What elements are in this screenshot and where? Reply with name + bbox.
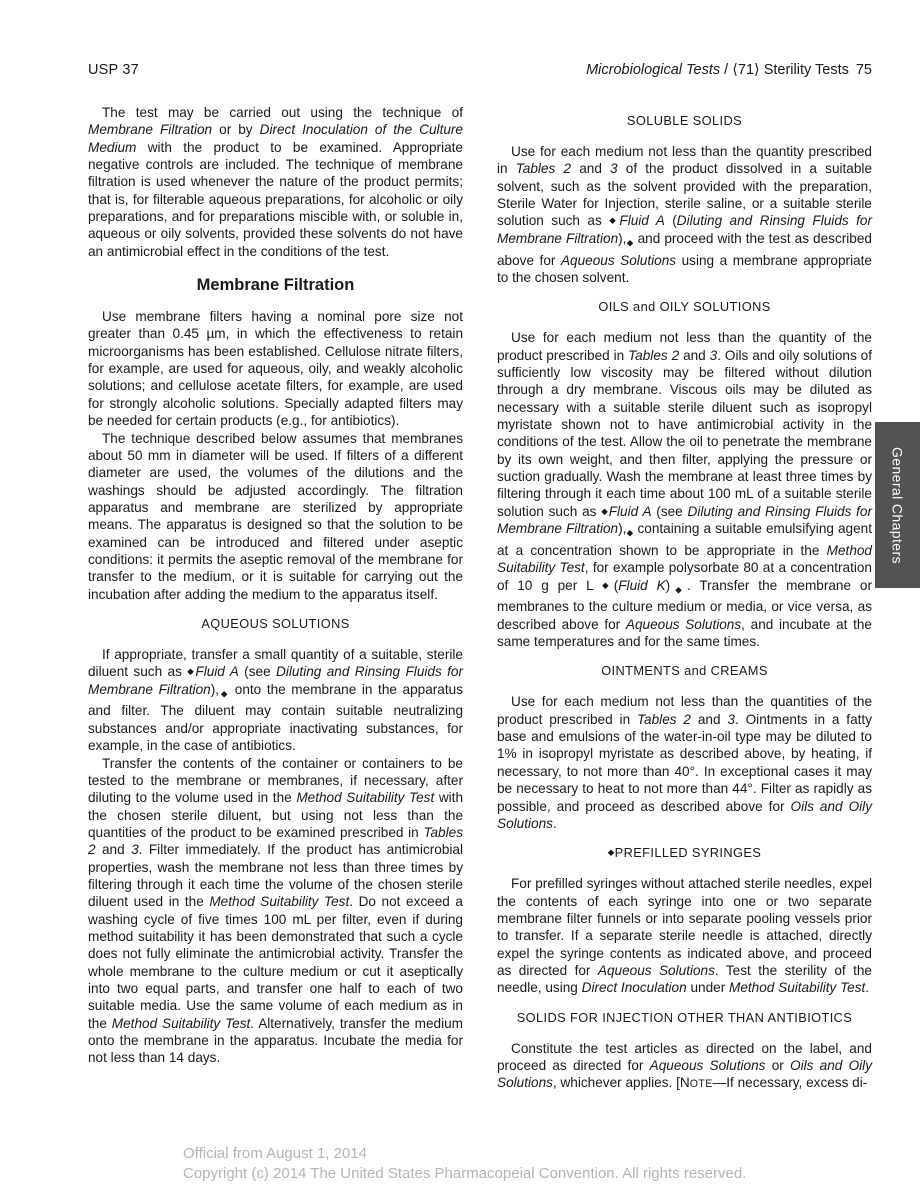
paragraph-aqueous-diluent: If appropriate, transfer a small quantit… [88, 646, 463, 755]
general-chapters-tab-label: General Chapters [890, 447, 906, 564]
footer-official-date: Official from August 1, 2014 [183, 1144, 746, 1164]
document-page: USP 37 Microbiological Tests / ⟨71⟩ Ster… [0, 0, 920, 1191]
footer-copyright: Copyright (c) 2014 The United States Pha… [183, 1164, 746, 1184]
heading-oils-oily-solutions: OILS and OILY SOLUTIONS [497, 299, 872, 314]
paragraph-ointments-creams: Use for each medium not less than the qu… [497, 693, 872, 832]
right-column: SOLUBLE SOLIDS Use for each medium not l… [497, 104, 872, 1094]
page-footer: Official from August 1, 2014 Copyright (… [183, 1144, 746, 1184]
paragraph-soluble-solids: Use for each medium not less than the qu… [497, 143, 872, 286]
header-edition: USP 37 [88, 62, 139, 78]
paragraph-prefilled-syringes: For prefilled syringes without attached … [497, 875, 872, 996]
left-column: The test may be carried out using the te… [88, 104, 463, 1067]
paragraph-intro: The test may be carried out using the te… [88, 104, 463, 260]
heading-aqueous-solutions: AQUEOUS SOLUTIONS [88, 616, 463, 631]
paragraph-solids-for-injection: Constitute the test articles as directed… [497, 1040, 872, 1094]
paragraph-technique: The technique described below assumes th… [88, 430, 463, 603]
heading-membrane-filtration: Membrane Filtration [88, 276, 463, 295]
paragraph-oils-oily-solutions: Use for each medium not less than the qu… [497, 329, 872, 650]
heading-solids-for-injection: SOLIDS FOR INJECTION OTHER THAN ANTIBIOT… [497, 1010, 872, 1025]
paragraph-aqueous-transfer: Transfer the contents of the container o… [88, 755, 463, 1067]
page-header: USP 37 Microbiological Tests / ⟨71⟩ Ster… [88, 62, 872, 78]
header-running-title: Microbiological Tests / ⟨71⟩ Sterility T… [586, 62, 872, 78]
general-chapters-tab: General Chapters [875, 422, 920, 588]
heading-ointments-creams: OINTMENTS and CREAMS [497, 663, 872, 678]
paragraph-membrane-filters: Use membrane filters having a nominal po… [88, 308, 463, 429]
heading-soluble-solids: SOLUBLE SOLIDS [497, 113, 872, 128]
heading-prefilled-syringes: ◆PREFILLED SYRINGES [497, 845, 872, 860]
